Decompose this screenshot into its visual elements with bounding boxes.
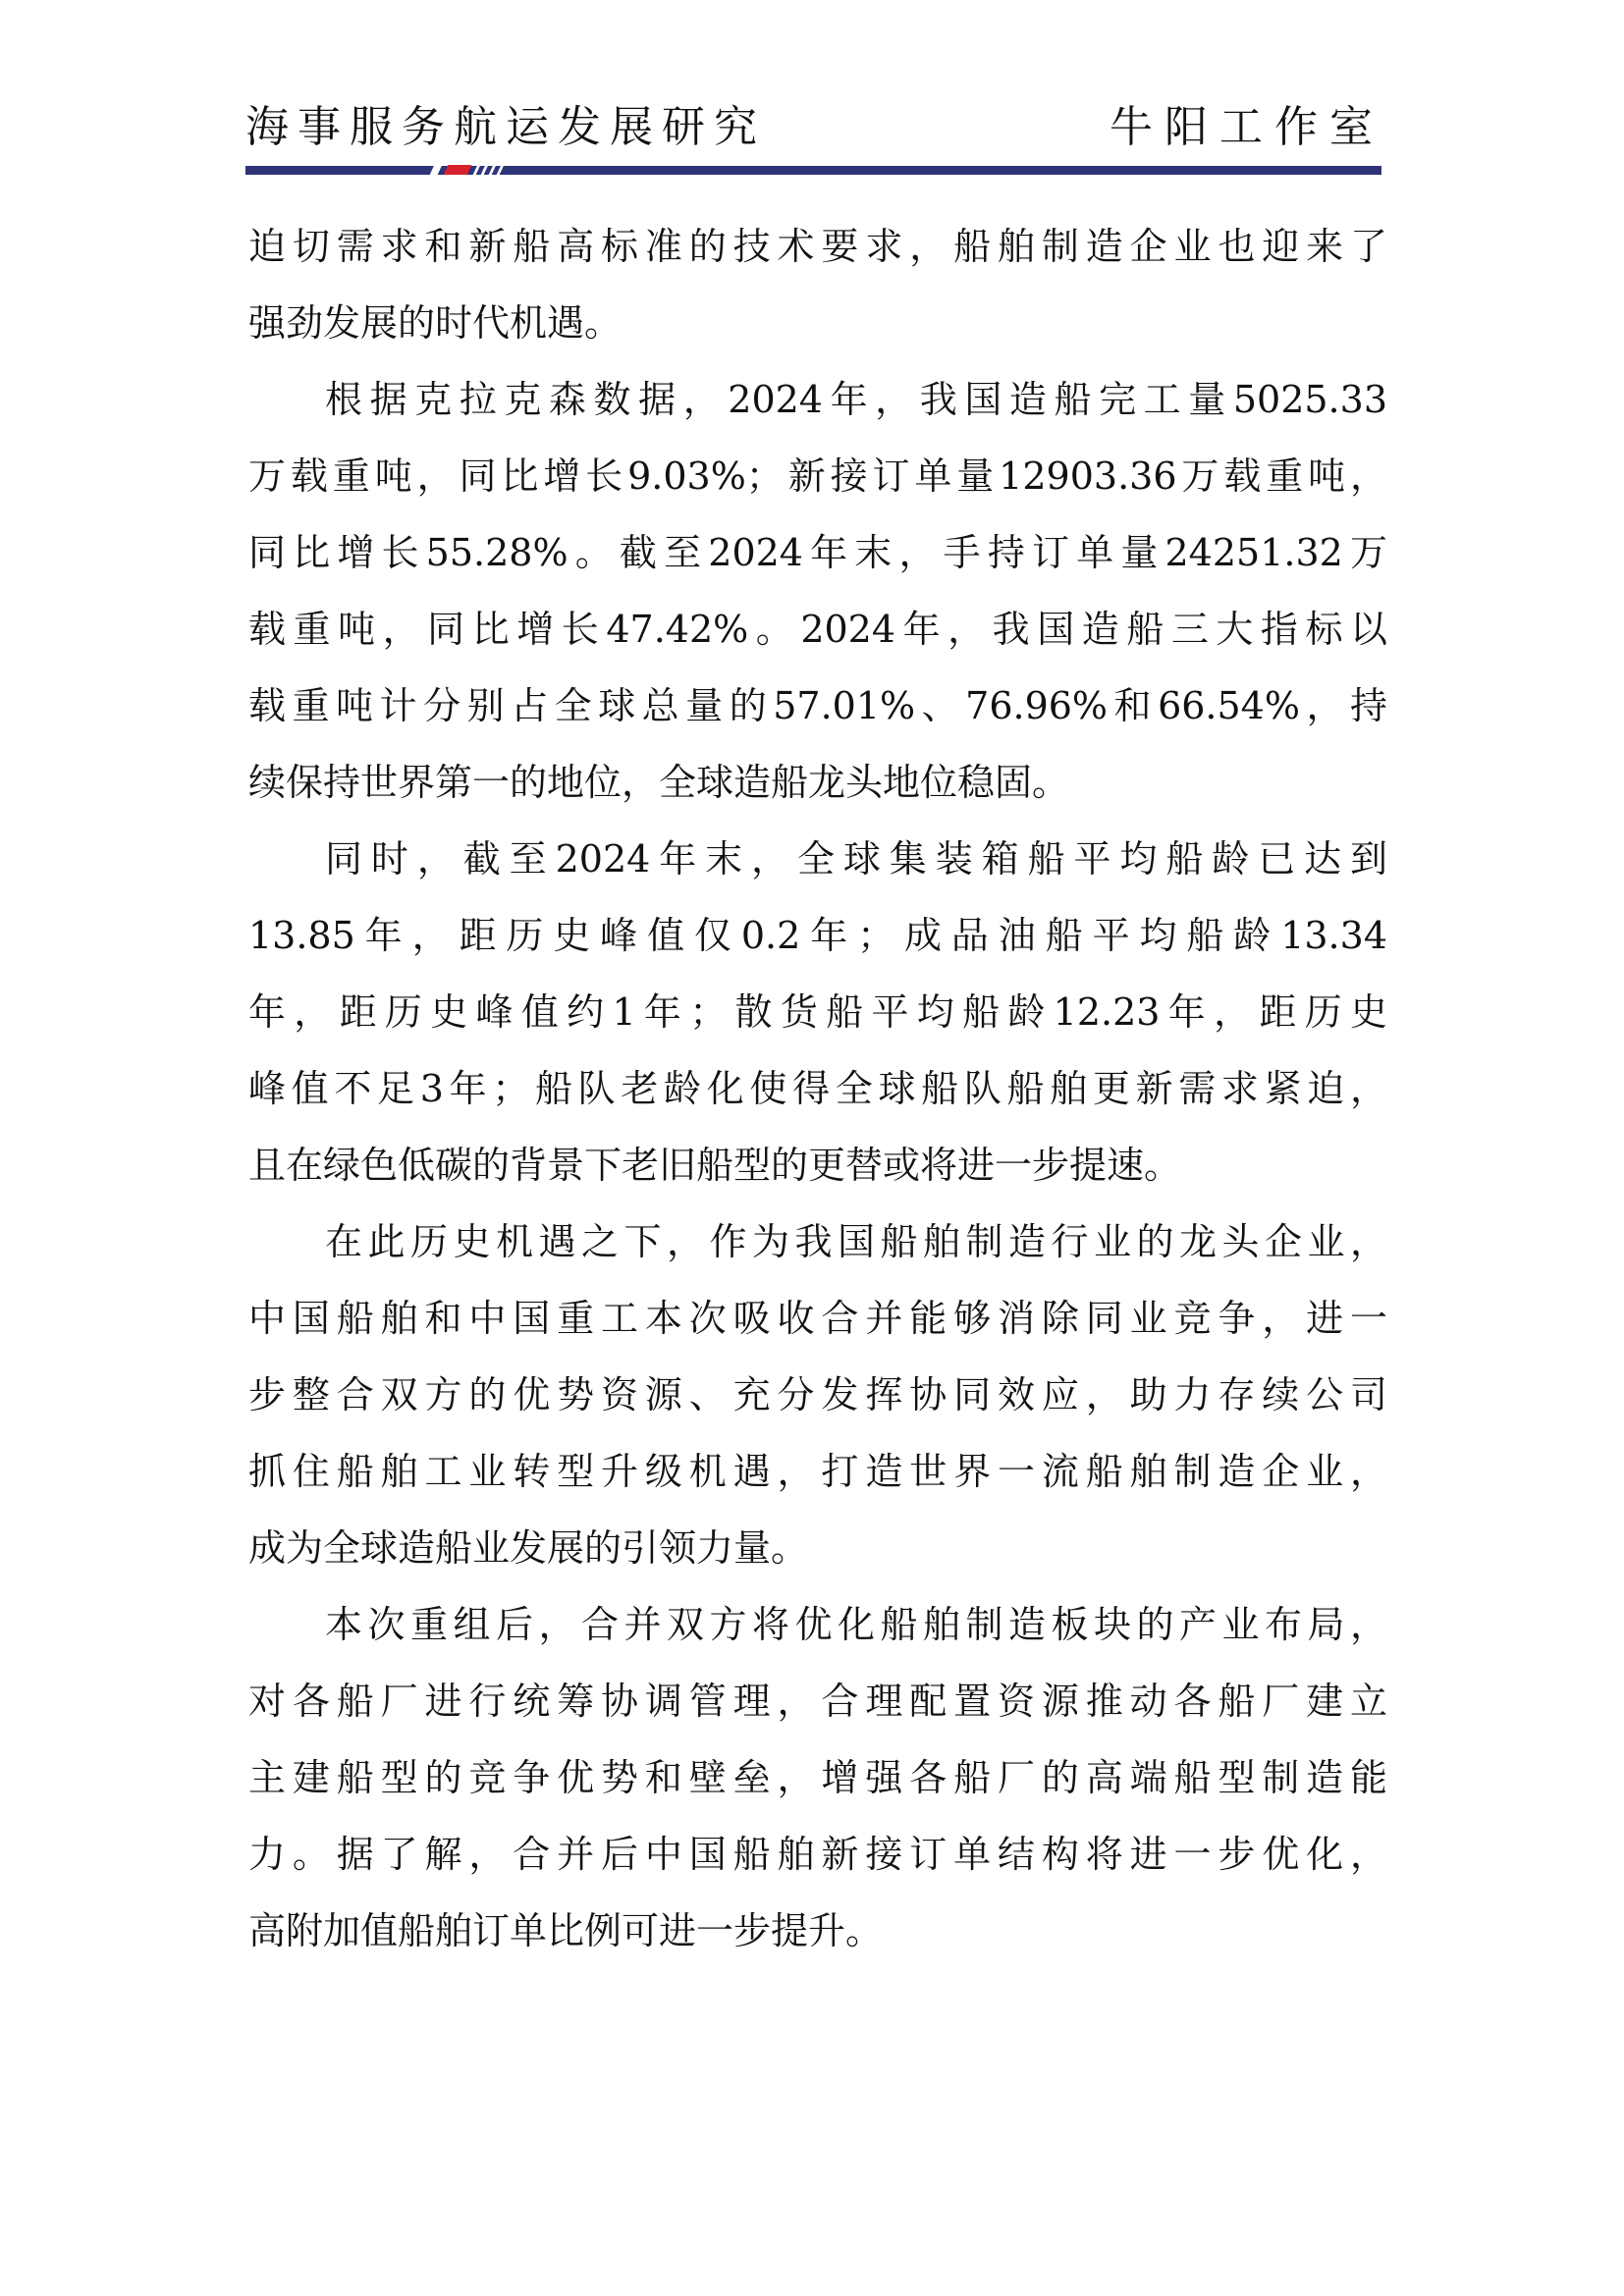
text-line: 且在绿色低碳的背景下老旧船型的更替或将进一步提速。 xyxy=(248,1127,1387,1203)
page-header: 海事服务航运发展研究 牛阳工作室 xyxy=(245,98,1384,157)
text-line: 续保持世界第一的地位，全球造船龙头地位稳固。 xyxy=(248,744,1387,821)
text-line: 主建船型的竞争优势和壁垒，增强各船厂的高端船型制造能 xyxy=(248,1739,1387,1816)
document-page: 海事服务航运发展研究 牛阳工作室 迫切需求和新船高标准的技术要求，船舶制造企业也… xyxy=(0,0,1624,2296)
header-divider xyxy=(245,166,1381,175)
publication-title: 海事服务航运发展研究 xyxy=(245,98,766,157)
text-line: 峰值不足3年；船队老龄化使得全球船队船舶更新需求紧迫， xyxy=(248,1050,1387,1127)
paragraph-first-line: 本次重组后，合并双方将优化船舶制造板块的产业布局， xyxy=(248,1586,1387,1663)
text-line: 载重吨，同比增长47.42%。2024年，我国造船三大指标以 xyxy=(248,591,1387,667)
text-line: 高附加值船舶订单比例可进一步提升。 xyxy=(248,1893,1387,1969)
text-line: 中国船舶和中国重工本次吸收合并能够消除同业竞争，进一 xyxy=(248,1280,1387,1357)
text-line: 强劲发展的时代机遇。 xyxy=(248,285,1387,361)
text-line: 抓住船舶工业转型升级机遇，打造世界一流船舶制造企业， xyxy=(248,1433,1387,1510)
text-line: 13.85年，距历史峰值仅0.2年；成品油船平均船龄13.34 xyxy=(248,897,1387,974)
header-divider-accent-icon xyxy=(432,163,511,177)
article-body: 迫切需求和新船高标准的技术要求，船舶制造企业也迎来了 强劲发展的时代机遇。 根据… xyxy=(248,208,1387,1969)
text-line: 迫切需求和新船高标准的技术要求，船舶制造企业也迎来了 xyxy=(248,208,1387,285)
text-line: 成为全球造船业发展的引领力量。 xyxy=(248,1510,1387,1586)
text-line: 步整合双方的优势资源、充分发挥协同效应，助力存续公司 xyxy=(248,1357,1387,1433)
paragraph-first-line: 同时，截至2024年末，全球集装箱船平均船龄已达到 xyxy=(248,821,1387,897)
paragraph-first-line: 在此历史机遇之下，作为我国船舶制造行业的龙头企业， xyxy=(248,1203,1387,1280)
paragraph-first-line: 根据克拉克森数据，2024年，我国造船完工量5025.33 xyxy=(248,361,1387,438)
text-line: 年，距历史峰值约1年；散货船平均船龄12.23年，距历史 xyxy=(248,974,1387,1050)
text-line: 同比增长55.28%。截至2024年末，手持订单量24251.32万 xyxy=(248,514,1387,591)
text-line: 万载重吨，同比增长9.03%；新接订单量12903.36万载重吨， xyxy=(248,438,1387,514)
text-line: 对各船厂进行统筹协调管理，合理配置资源推动各船厂建立 xyxy=(248,1663,1387,1739)
studio-name: 牛阳工作室 xyxy=(1110,98,1384,157)
text-line: 力。据了解，合并后中国船舶新接订单结构将进一步优化， xyxy=(248,1816,1387,1893)
text-line: 载重吨计分别占全球总量的57.01%、76.96%和66.54%，持 xyxy=(248,667,1387,744)
